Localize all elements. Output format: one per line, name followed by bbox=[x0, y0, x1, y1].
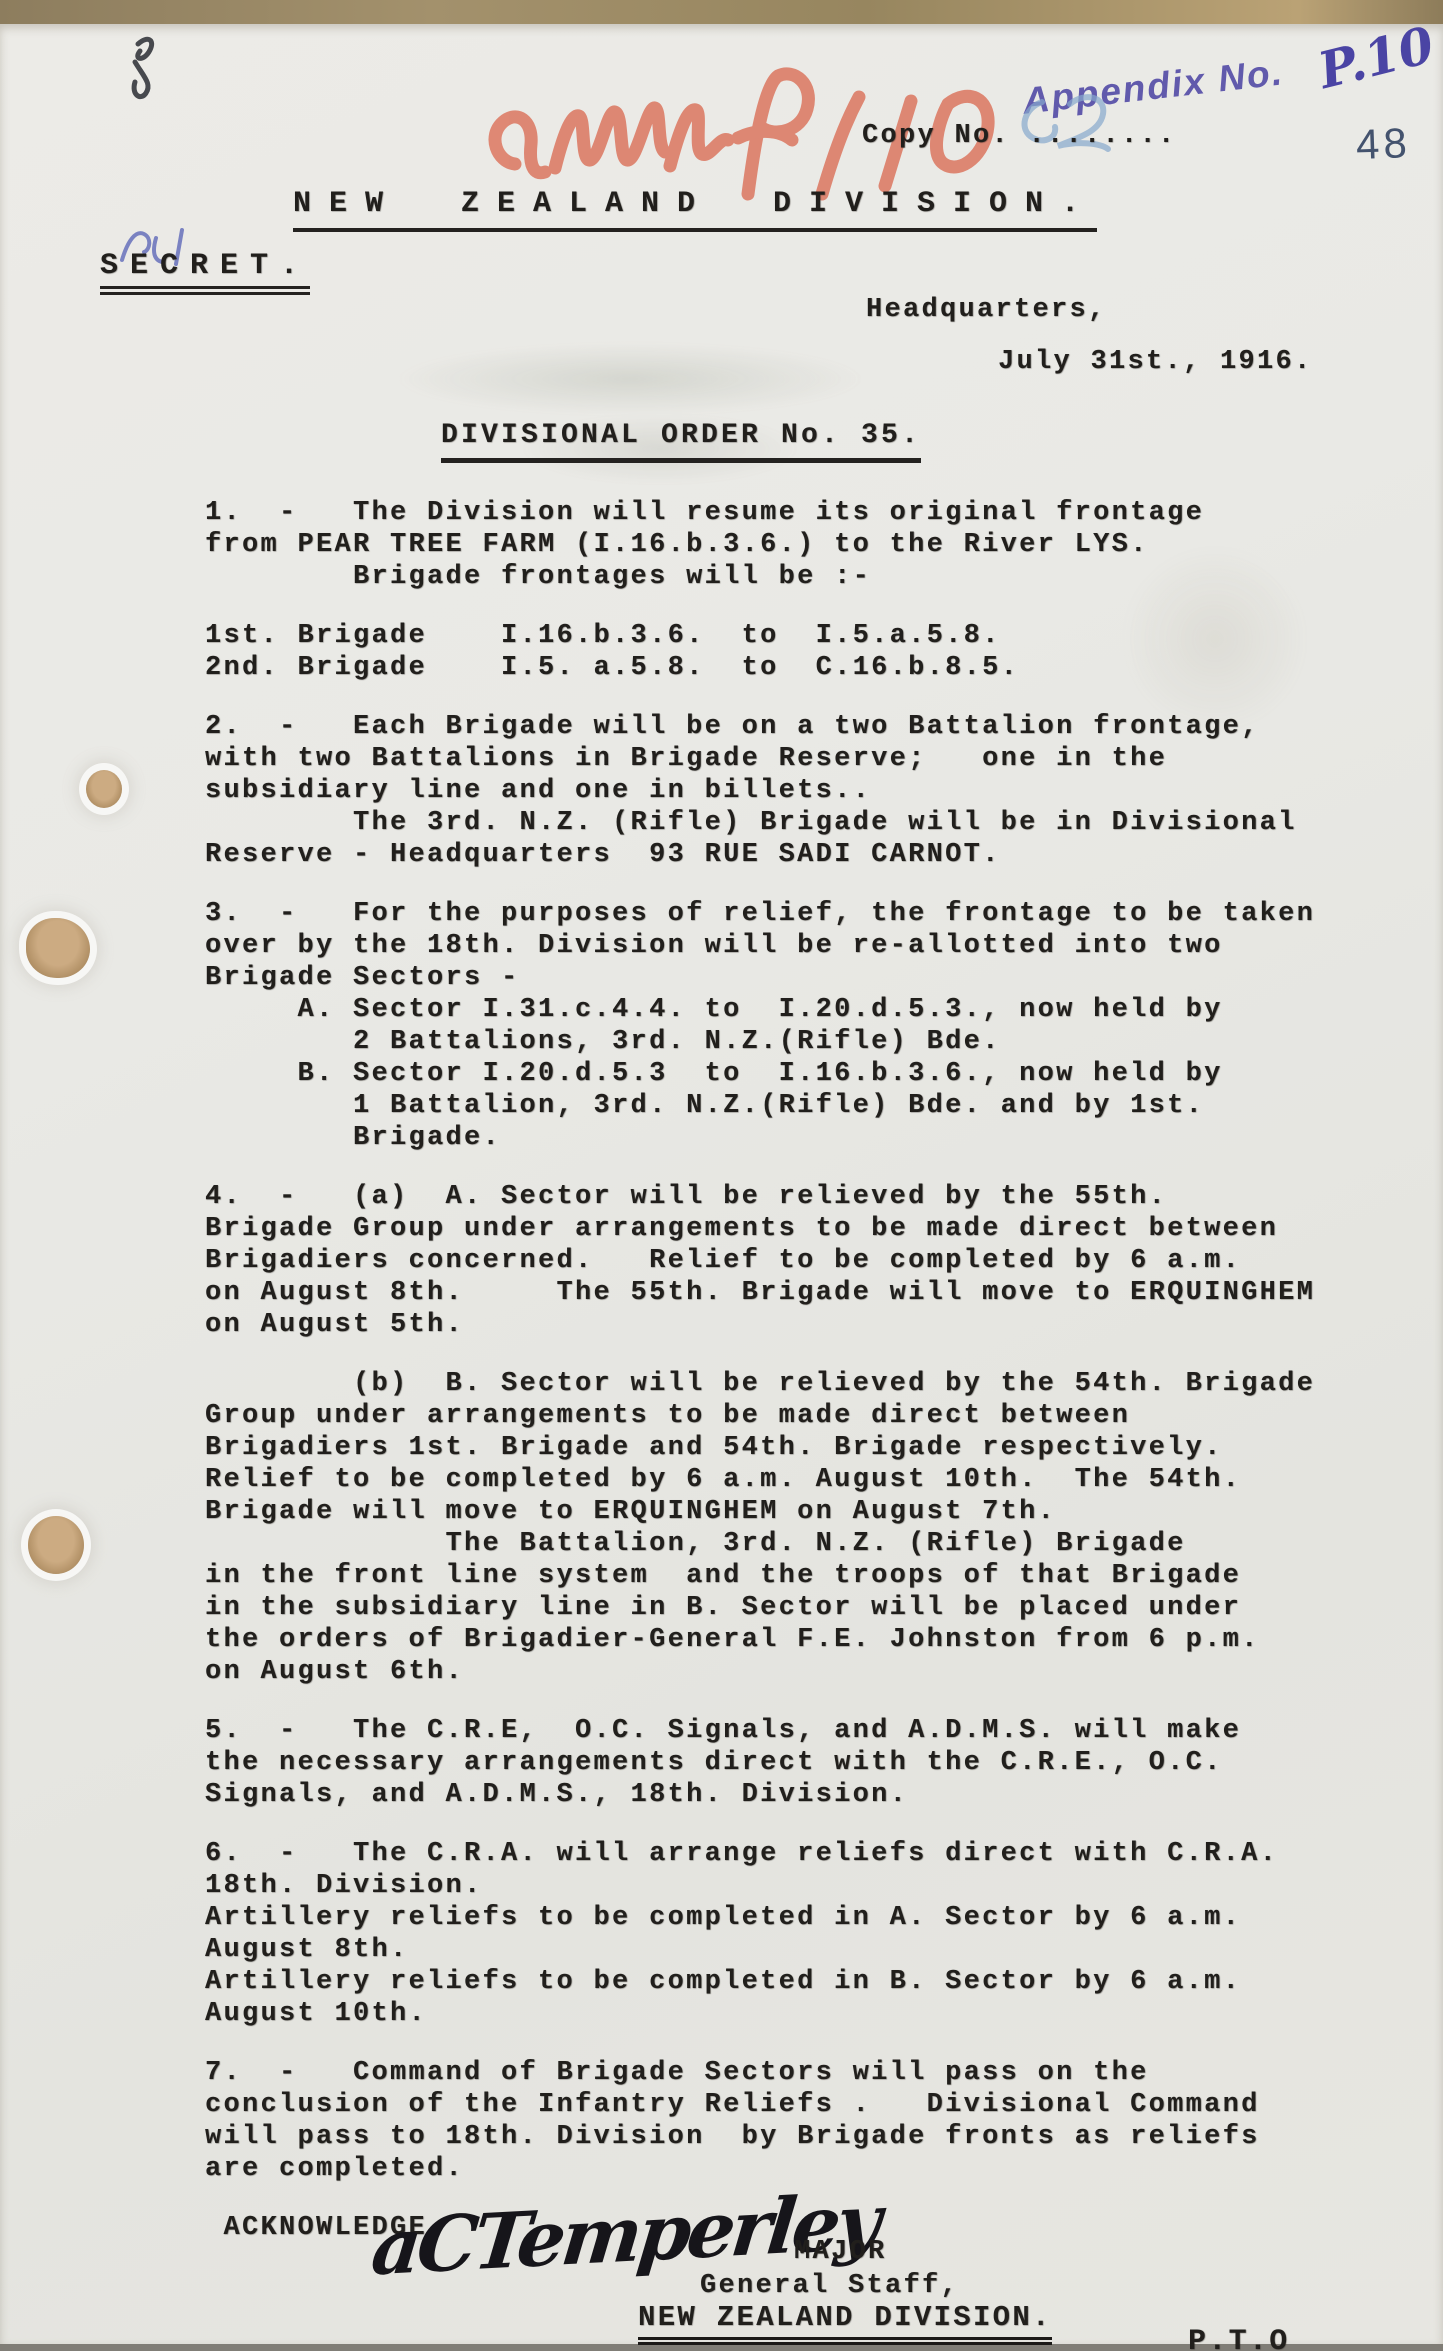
page-number: 48 bbox=[1355, 119, 1411, 169]
bleed-smudge bbox=[400, 344, 860, 414]
order-paragraph-2: 2. - Each Brigade will be on a two Batta… bbox=[205, 711, 1415, 871]
paper: Appendix No. P.10 48 Copy No. ........ N… bbox=[0, 24, 1443, 2344]
brigade-frontage-list: 1st. Brigade I.16.b.3.6. to I.5.a.5.8. 2… bbox=[205, 620, 1415, 684]
division-title: NEW ZEALAND DIVISION. bbox=[293, 188, 1097, 232]
order-paragraph-4b: (b) B. Sector will be relieved by the 54… bbox=[205, 1368, 1415, 1688]
signature-division: NEW ZEALAND DIVISION. bbox=[638, 2302, 1052, 2345]
signature-rank: MAJOR bbox=[794, 2236, 887, 2268]
punch-hole bbox=[86, 770, 122, 808]
order-heading: DIVISIONAL ORDER No. 35. bbox=[441, 420, 921, 463]
order-paragraph-1: 1. - The Division will resume its origin… bbox=[205, 497, 1415, 593]
signature-staff: General Staff, bbox=[700, 2270, 959, 2302]
order-paragraph-6: 6. - The C.R.A. will arrange reliefs dir… bbox=[205, 1838, 1415, 2030]
copy-number: Copy No. ........ bbox=[862, 120, 1177, 152]
order-paragraph-7: 7. - Command of Brigade Sectors will pas… bbox=[205, 2057, 1415, 2185]
scanned-document-photo: Appendix No. P.10 48 Copy No. ........ N… bbox=[0, 0, 1443, 2351]
pto-mark: P.T.O bbox=[1188, 2326, 1290, 2351]
punch-hole bbox=[26, 918, 90, 978]
order-body: 1. - The Division will resume its origin… bbox=[205, 497, 1415, 2244]
order-paragraph-3: 3. - For the purposes of relief, the fro… bbox=[205, 898, 1415, 1154]
headquarters-line: Headquarters, bbox=[866, 294, 1107, 326]
backing-surface-top bbox=[0, 0, 1443, 26]
order-paragraph-5: 5. - The C.R.E, O.C. Signals, and A.D.M.… bbox=[205, 1715, 1415, 1811]
appendix-number: P.10 bbox=[1313, 15, 1440, 100]
date-line: July 31st., 1916. bbox=[998, 346, 1313, 378]
ink-squiggle-mark bbox=[108, 30, 188, 100]
punch-hole bbox=[28, 1516, 84, 1574]
classification-secret: SECRET. bbox=[100, 250, 310, 295]
order-paragraph-4a: 4. - (a) A. Sector will be relieved by t… bbox=[205, 1181, 1415, 1341]
